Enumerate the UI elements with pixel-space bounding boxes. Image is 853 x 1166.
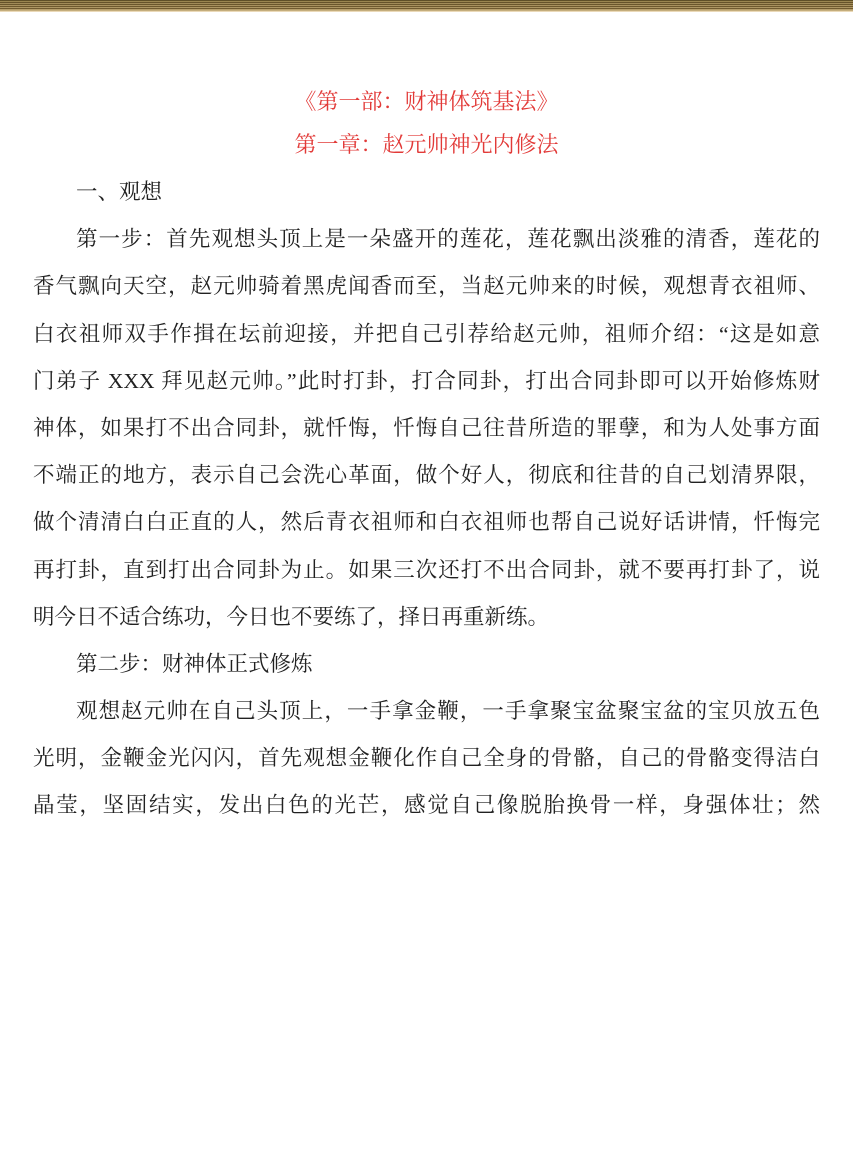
body-text: 一、观想 第一步：首先观想头顶上是一朵盛开的莲花，莲花飘出淡雅的清香，莲花的 香… — [33, 169, 820, 830]
body-line: 第一步：首先观想头顶上是一朵盛开的莲花，莲花飘出淡雅的清香，莲花的 — [33, 216, 820, 263]
body-line: 晶莹，坚固结实，发出白色的光芒，感觉自己像脱胎换骨一样，身强体壮；然 — [33, 782, 820, 829]
chapter-title: 第一章：赵元帅神光内修法 — [33, 134, 820, 156]
page-content: 《第一部：财神体筑基法》 第一章：赵元帅神光内修法 一、观想 第一步：首先观想头… — [0, 12, 853, 830]
section-heading: 第二步：财神体正式修炼 — [33, 641, 820, 688]
body-line: 香气飘向天空，赵元帅骑着黑虎闻香而至，当赵元帅来的时候，观想青衣祖师、 — [33, 263, 820, 310]
decorative-top-border — [0, 0, 853, 12]
body-line: 光明，金鞭金光闪闪，首先观想金鞭化作自己全身的骨骼，自己的骨骼变得洁白 — [33, 735, 820, 782]
body-line: 神体，如果打不出合同卦，就忏悔，忏悔自己往昔所造的罪孽，和为人处事方面 — [33, 405, 820, 452]
book-title: 《第一部：财神体筑基法》 — [33, 12, 820, 113]
body-line: 做个清清白白正直的人，然后青衣祖师和白衣祖师也帮自己说好话讲情，忏悔完 — [33, 499, 820, 546]
body-line: 白衣祖师双手作揖在坛前迎接，并把自己引荐给赵元帅，祖师介绍：“这是如意 — [33, 311, 820, 358]
body-line: 明今日不适合练功，今日也不要练了，择日再重新练。 — [33, 594, 820, 641]
document-page: 《第一部：财神体筑基法》 第一章：赵元帅神光内修法 一、观想 第一步：首先观想头… — [0, 0, 853, 1166]
body-line: 再打卦，直到打出合同卦为止。如果三次还打不出合同卦，就不要再打卦了，说 — [33, 547, 820, 594]
body-line: 观想赵元帅在自己头顶上，一手拿金鞭，一手拿聚宝盆聚宝盆的宝贝放五色 — [33, 688, 820, 735]
body-line: 不端正的地方，表示自己会洗心革面，做个好人，彻底和往昔的自己划清界限， — [33, 452, 820, 499]
section-heading: 一、观想 — [33, 169, 820, 216]
body-line: 门弟子 XXX 拜见赵元帅。”此时打卦，打合同卦，打出合同卦即可以开始修炼财 — [33, 358, 820, 405]
